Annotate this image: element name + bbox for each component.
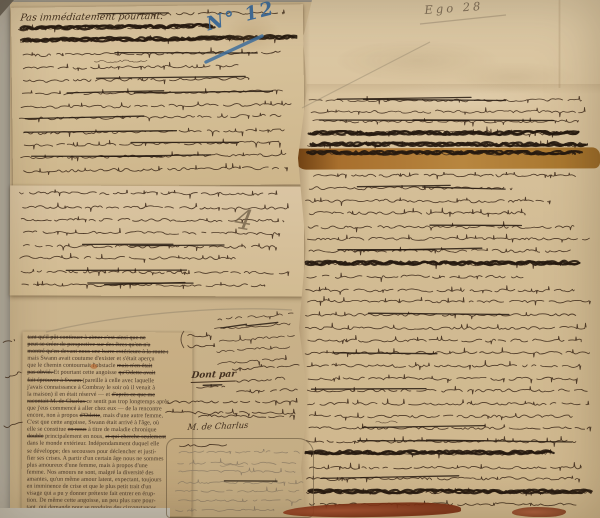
annotation-word [186, 343, 216, 352]
annotation-charlus: M. de Charlus [187, 421, 249, 433]
horizontal-crease [296, 84, 600, 94]
annotation-struck-word [192, 384, 228, 394]
pencil-note-block [173, 449, 305, 515]
boxed-pencil-note [166, 438, 314, 518]
band-ink-remnants [304, 150, 592, 164]
manuscript-scan: Pas immédiatement pourtant. N° 12 4 tant… [0, 0, 600, 518]
rust-spot [90, 364, 97, 369]
handwritten-fragment-middle [10, 185, 304, 296]
mount-bottom-strip [0, 508, 170, 518]
vertical-crease [558, 0, 561, 88]
marker-wrap: 4 [238, 202, 256, 235]
annotation-dont-par: Dont par [191, 369, 237, 383]
right-manuscript-sheet: Ego 28 [296, 0, 600, 518]
blue-number-wrap: N° 12 [204, 14, 274, 36]
red-stain-smear-small [512, 507, 566, 517]
printed-text: tant qu'il pût continuer à aimer c'est a… [27, 335, 188, 513]
handwriting-body [304, 172, 594, 516]
annotation-word [186, 331, 216, 340]
